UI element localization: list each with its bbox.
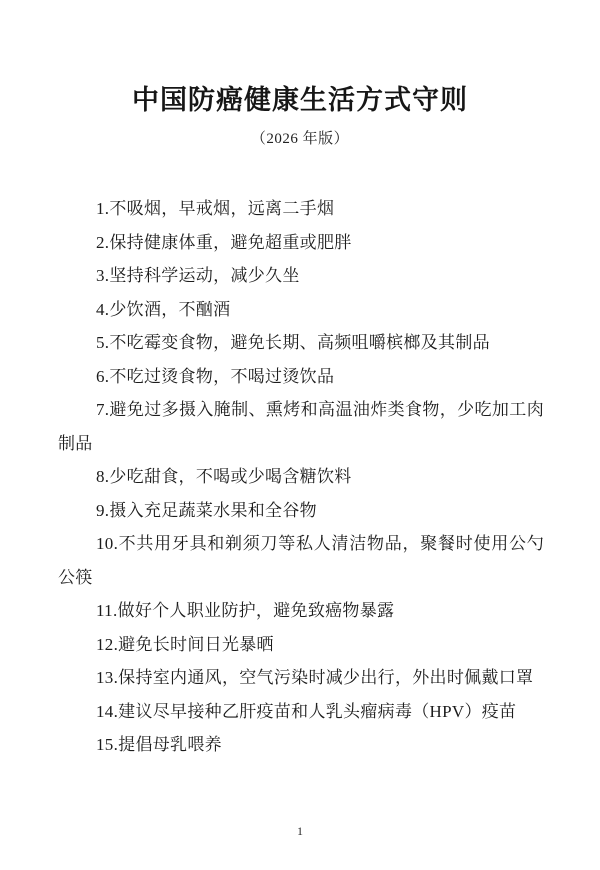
guideline-item-15: 15.提倡母乳喂养 (58, 728, 544, 762)
guideline-item-5: 5.不吃霉变食物，避免长期、高频咀嚼槟榔及其制品 (58, 326, 544, 360)
guideline-item-7: 7.避免过多摄入腌制、熏烤和高温油炸类食物，少吃加工肉制品 (58, 393, 544, 460)
guideline-item-3: 3.坚持科学运动，减少久坐 (58, 259, 544, 293)
guideline-item-13: 13.保持室内通风，空气污染时减少出行，外出时佩戴口罩 (58, 661, 544, 695)
guideline-item-1: 1.不吸烟，早戒烟，远离二手烟 (58, 192, 544, 226)
guideline-item-11: 11.做好个人职业防护，避免致癌物暴露 (58, 594, 544, 628)
page-number: 1 (0, 823, 600, 839)
guideline-item-12: 12.避免长时间日光暴晒 (58, 628, 544, 662)
guideline-item-14: 14.建议尽早接种乙肝疫苗和人乳头瘤病毒（HPV）疫苗 (58, 695, 544, 729)
document-subtitle: （2026 年版） (0, 128, 600, 150)
guideline-item-9: 9.摄入充足蔬菜水果和全谷物 (58, 494, 544, 528)
guideline-item-10: 10.不共用牙具和剃须刀等私人清洁物品，聚餐时使用公勺公筷 (58, 527, 544, 594)
document-page: 中国防癌健康生活方式守则 （2026 年版） 1.不吸烟，早戒烟，远离二手烟 2… (0, 0, 600, 870)
guideline-item-2: 2.保持健康体重，避免超重或肥胖 (58, 226, 544, 260)
document-title: 中国防癌健康生活方式守则 (0, 84, 600, 117)
guideline-item-6: 6.不吃过烫食物，不喝过烫饮品 (58, 360, 544, 394)
guideline-item-4: 4.少饮酒，不酗酒 (58, 293, 544, 327)
guideline-item-8: 8.少吃甜食，不喝或少喝含糖饮料 (58, 460, 544, 494)
guideline-list: 1.不吸烟，早戒烟，远离二手烟 2.保持健康体重，避免超重或肥胖 3.坚持科学运… (58, 192, 544, 762)
